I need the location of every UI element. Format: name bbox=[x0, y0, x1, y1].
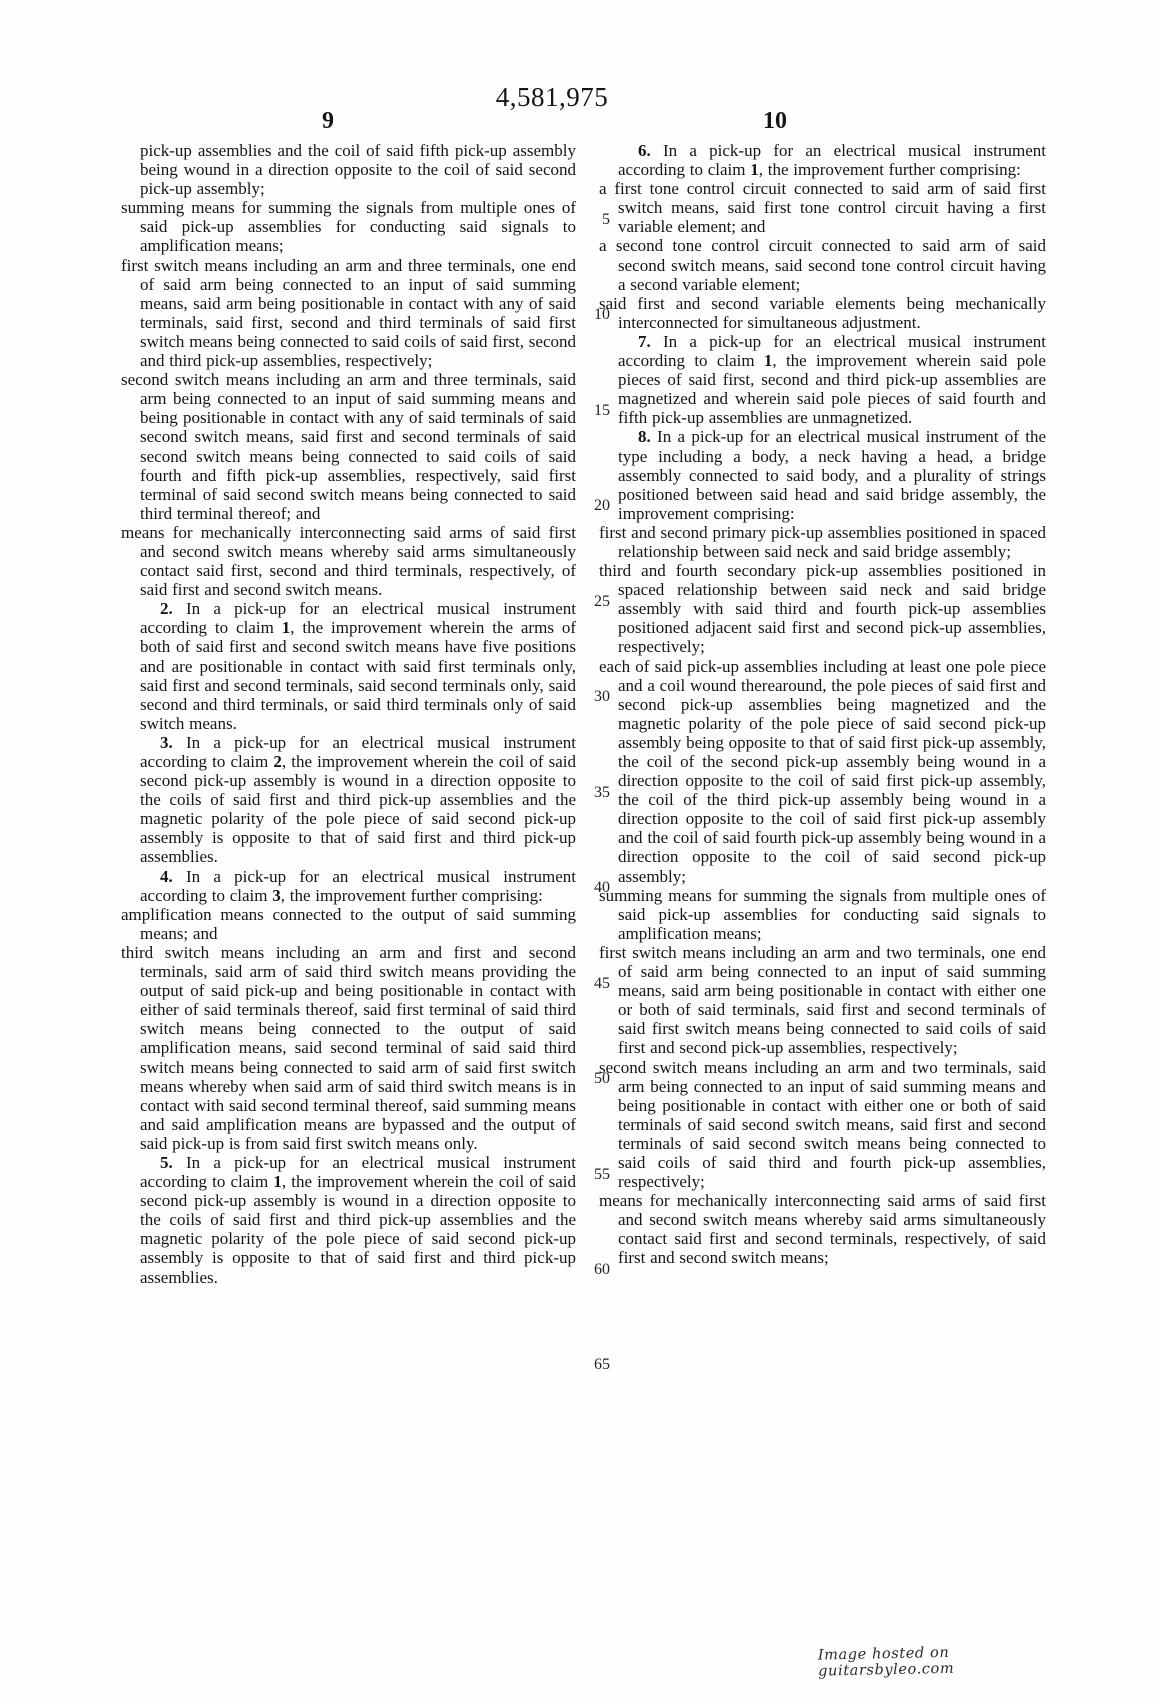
clause-summing-means: summing means for summing the signals fr… bbox=[618, 886, 1046, 943]
line-number-60: 60 bbox=[578, 1261, 610, 1279]
clause-secondary-pickups: third and fourth secondary pick-up assem… bbox=[618, 561, 1046, 656]
claim-4-intro: 4. In a pick-up for an electrical musica… bbox=[140, 867, 576, 905]
clause-interconnecting-means: means for mechanically interconnecting s… bbox=[618, 1191, 1046, 1267]
claim-7: 7. In a pick-up for an electrical musica… bbox=[618, 332, 1046, 427]
line-number-40: 40 bbox=[578, 879, 610, 897]
clause-first-switch-means: first switch means including an arm and … bbox=[140, 256, 576, 371]
line-number-10: 10 bbox=[578, 306, 610, 324]
patent-page: 4,581,975 9 10 pick-up assemblies and th… bbox=[0, 0, 1160, 1704]
column-number-10: 10 bbox=[763, 108, 787, 135]
claim-5: 5. In a pick-up for an electrical musica… bbox=[140, 1153, 576, 1287]
column-number-9: 9 bbox=[322, 108, 334, 135]
clause-primary-pickups: first and second primary pick-up assembl… bbox=[618, 523, 1046, 561]
clause-summing-means: summing means for summing the signals fr… bbox=[140, 198, 576, 255]
clause-first-tone-control: a first tone control circuit connected t… bbox=[618, 179, 1046, 236]
footer-watermark: Image hosted on guitarsbyleo.com bbox=[818, 1642, 1069, 1679]
clause-amplification-means: amplification means connected to the out… bbox=[140, 905, 576, 943]
clause-second-switch-means: second switch means including an arm and… bbox=[618, 1058, 1046, 1192]
claim-1-continuation-fifth-pickup: pick-up assemblies and the coil of said … bbox=[140, 141, 576, 198]
patent-number: 4,581,975 bbox=[0, 82, 1104, 113]
claim-6-intro: 6. In a pick-up for an electrical musica… bbox=[618, 141, 1046, 179]
claims-column-9: pick-up assemblies and the coil of said … bbox=[140, 141, 576, 1287]
clause-interconnecting-means: means for mechanically interconnecting s… bbox=[140, 523, 576, 599]
line-number-45: 45 bbox=[578, 975, 610, 993]
line-number-55: 55 bbox=[578, 1166, 610, 1184]
claim-8-intro: 8. In a pick-up for an electrical musica… bbox=[618, 427, 1046, 522]
clause-first-switch-means: first switch means including an arm and … bbox=[618, 943, 1046, 1058]
clause-variable-elements: said first and second variable elements … bbox=[618, 294, 1046, 332]
clause-third-switch-means: third switch means including an arm and … bbox=[140, 943, 576, 1153]
claims-column-10: 6. In a pick-up for an electrical musica… bbox=[618, 141, 1046, 1268]
line-number-65: 65 bbox=[578, 1356, 610, 1374]
clause-pickup-construction: each of said pick-up assemblies includin… bbox=[618, 657, 1046, 886]
line-number-35: 35 bbox=[578, 784, 610, 802]
claim-3: 3. In a pick-up for an electrical musica… bbox=[140, 733, 576, 867]
line-number-50: 50 bbox=[578, 1070, 610, 1088]
clause-second-tone-control: a second tone control circuit connected … bbox=[618, 236, 1046, 293]
claim-2: 2. In a pick-up for an electrical musica… bbox=[140, 599, 576, 733]
clause-second-switch-means: second switch means including an arm and… bbox=[140, 370, 576, 523]
line-number-15: 15 bbox=[578, 402, 610, 420]
line-number-25: 25 bbox=[578, 593, 610, 611]
line-number-30: 30 bbox=[578, 688, 610, 706]
line-number-20: 20 bbox=[578, 497, 610, 515]
line-number-5: 5 bbox=[578, 211, 610, 229]
